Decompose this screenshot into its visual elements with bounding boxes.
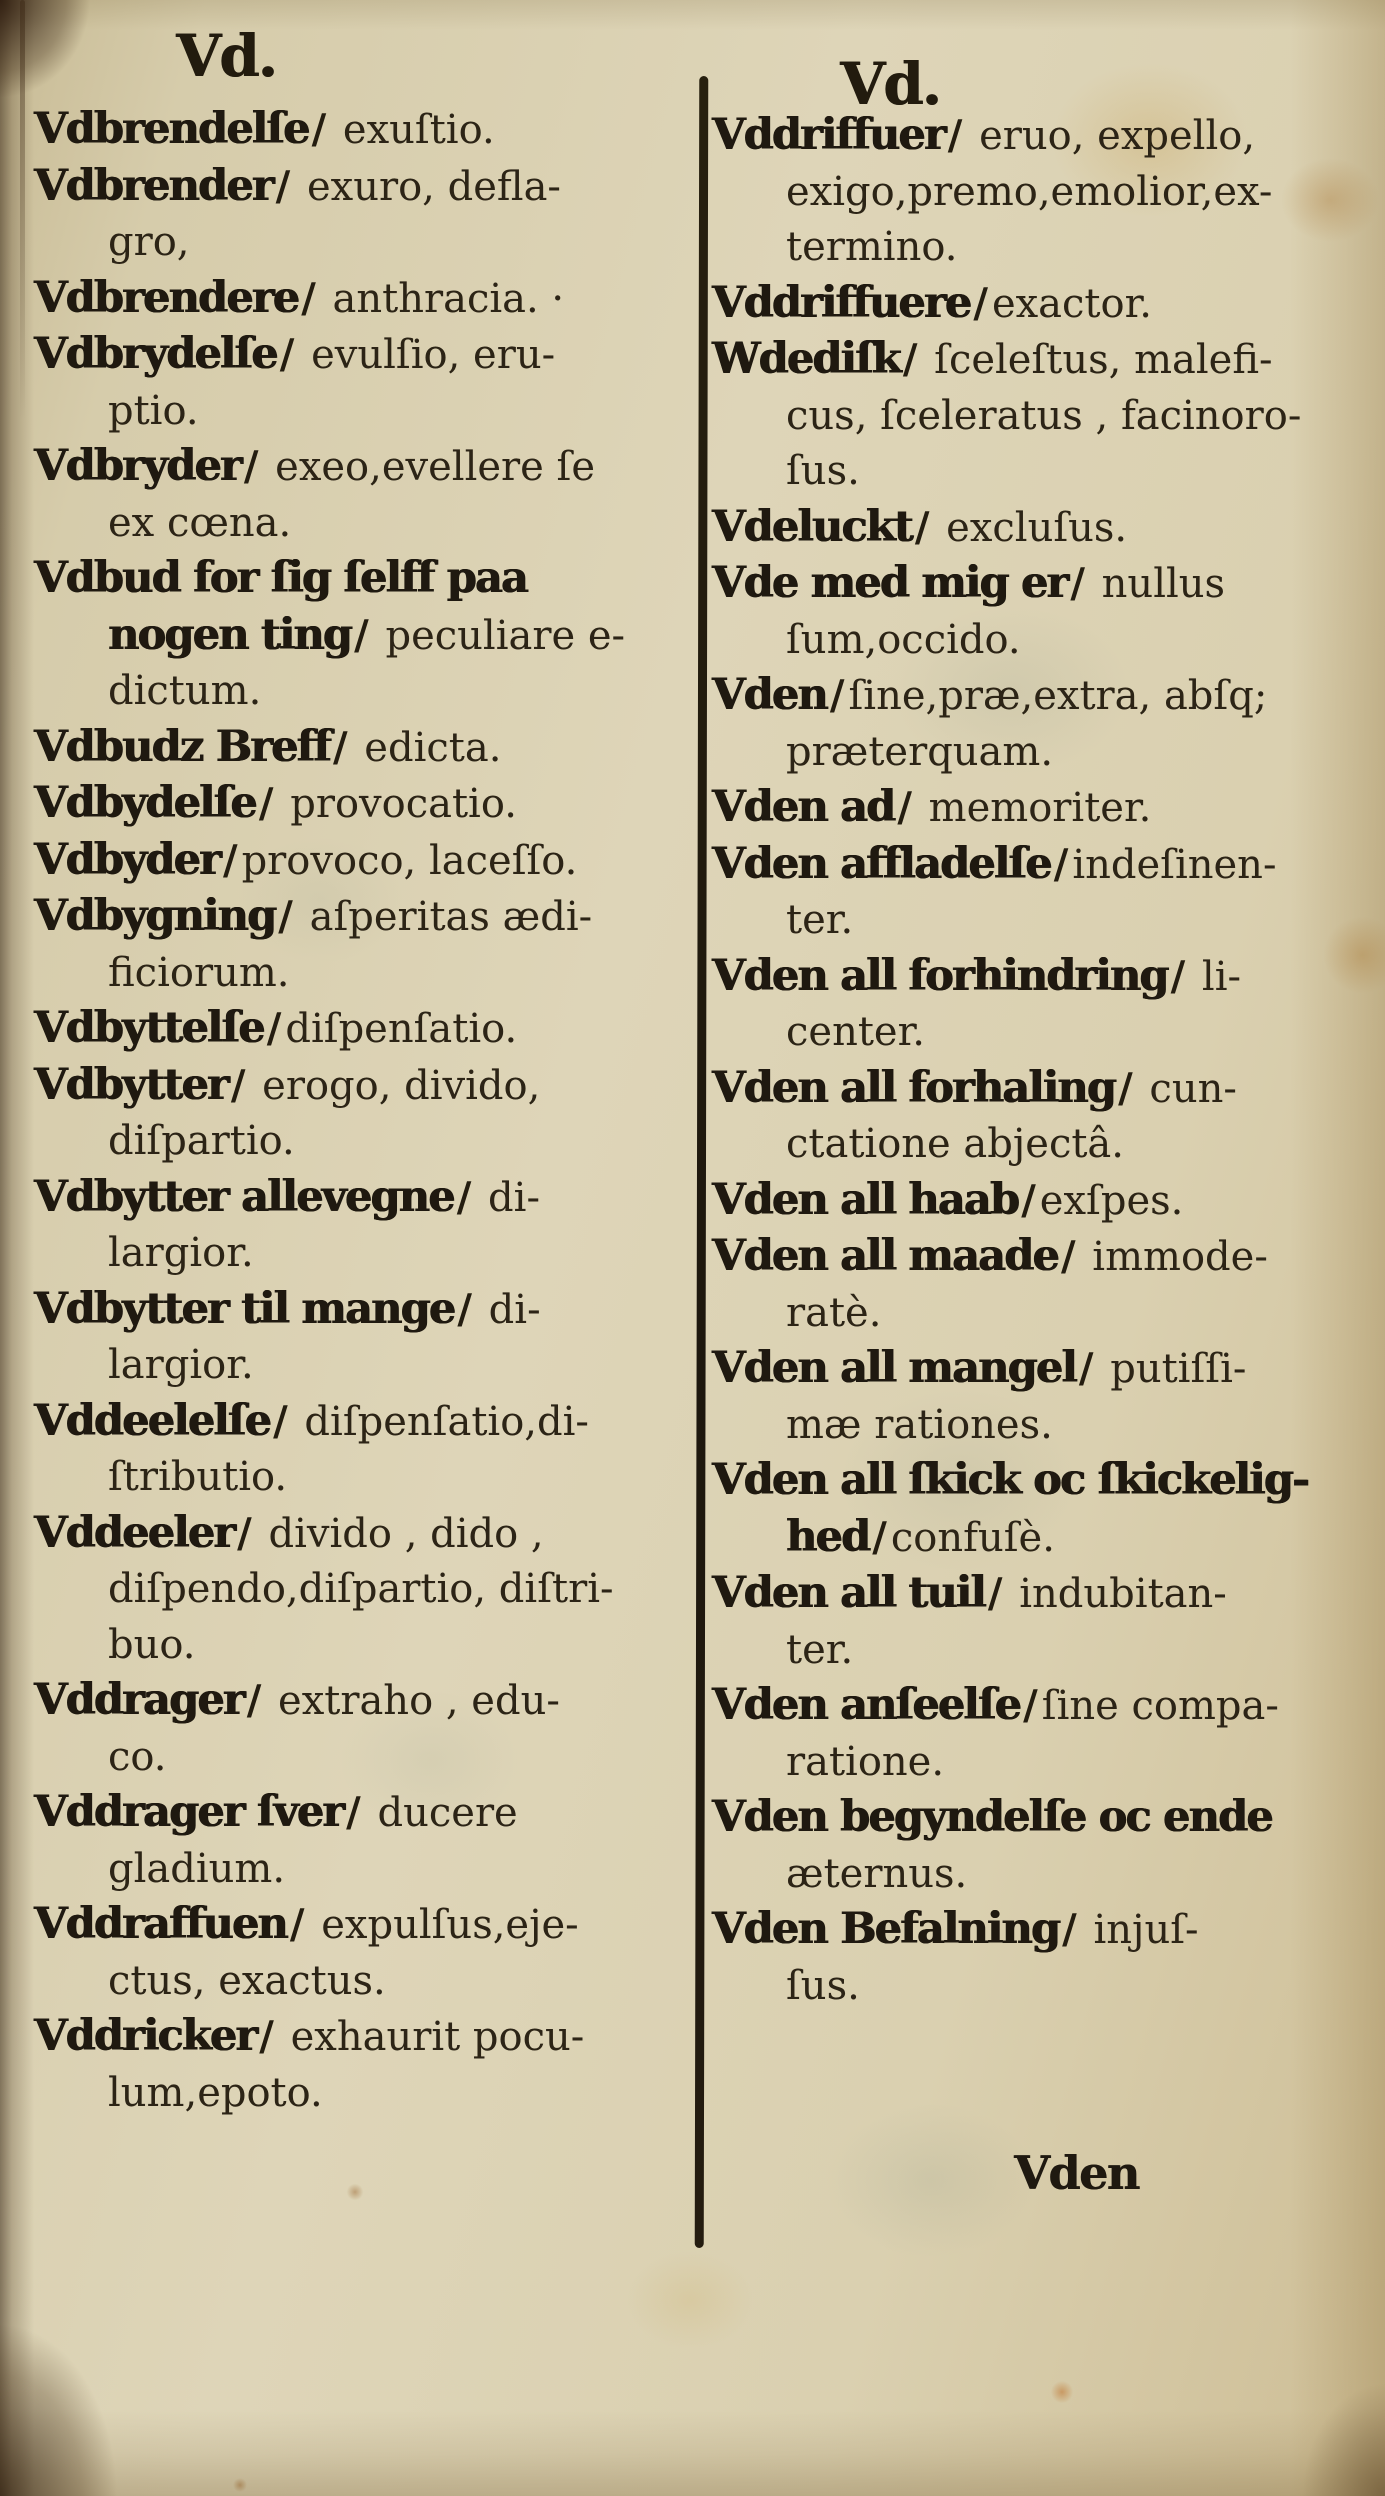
- dictionary-entry: Vddraffuen/ expulſus,eje- ctus, exactus.: [34, 1897, 694, 2009]
- latin-translation: edicta.: [352, 725, 502, 771]
- latin-translation: confuſè.: [891, 1515, 1055, 1561]
- column-header-left: Vd.: [176, 22, 276, 90]
- headword: Vden anſeelſe: [712, 1680, 1020, 1730]
- page-corner-shadow-bottom-left: [0, 2236, 160, 2496]
- latin-translation: excluſus.: [933, 505, 1127, 551]
- headword-separator: /: [264, 1005, 286, 1052]
- headword: Vden all mangel: [712, 1343, 1076, 1393]
- headword-separator: /: [454, 1286, 476, 1333]
- dictionary-entry: Vden ad/ memoriter.: [712, 780, 1372, 837]
- headword: Wdediſk: [712, 334, 900, 384]
- headword: Vden all maade: [712, 1231, 1058, 1281]
- dictionary-entry: Vden all maade/ immode- ratè.: [712, 1229, 1372, 1341]
- dictionary-entry: Vden affladelſe/indeſinen- ter.: [712, 837, 1372, 949]
- headword-separator: /: [1058, 1233, 1080, 1280]
- headword: Vden all forhindring: [712, 951, 1168, 1001]
- headword-separator: /: [270, 1398, 292, 1445]
- latin-translation: exactor.: [992, 281, 1152, 327]
- dictionary-entry: Wdediſk/ ſceleſtus, malefi- cus, ſcelera…: [712, 332, 1372, 500]
- headword-separator: /: [900, 336, 922, 383]
- headword-separator: /: [827, 672, 849, 719]
- headword-separator: /: [234, 1510, 256, 1557]
- latin-translation: provoco, laceſſo.: [242, 838, 578, 884]
- headword-separator: /: [256, 780, 278, 827]
- headword-separator: /: [275, 893, 297, 940]
- headword: Vdbryder: [34, 441, 241, 491]
- dictionary-entry: Vdbyder/provoco, laceſſo.: [34, 833, 694, 890]
- dictionary-entry: Vden all forhindring/ li- center.: [712, 949, 1372, 1061]
- headword: Vdbrydelſe: [34, 329, 277, 379]
- dictionary-entry: Vdbudz Breff/ edicta.: [34, 720, 694, 777]
- headword: Vden Befalning: [712, 1904, 1059, 1954]
- dictionary-column-left: Vdbrendelſe/ exuſtio.Vdbrender/ exuro, d…: [34, 102, 694, 2121]
- dictionary-entry: Vden begyndelſe oc ende æternus.: [712, 1790, 1372, 1902]
- headword: Vddriffuer: [712, 110, 945, 160]
- headword-separator: /: [241, 443, 263, 490]
- dictionary-entry: Vdbyttelſe/diſpenſatio.: [34, 1001, 694, 1058]
- headword-separator: /: [220, 837, 242, 884]
- dictionary-entry: Vdbytter til mange/ di- largior.: [34, 1282, 694, 1394]
- latin-translation: anthracia. ·: [320, 276, 564, 322]
- dictionary-entry: Vden/ſine,præ,extra, abſq; præterquam.: [712, 668, 1372, 780]
- headword: Vdbudz Breff: [34, 722, 330, 772]
- dictionary-entry: Vddriffuere/exactor.: [712, 276, 1372, 333]
- dictionary-entry: Vddrager ſver/ ducere gladium.: [34, 1785, 694, 1897]
- headword-separator: /: [1168, 953, 1190, 1000]
- headword-separator: /: [912, 504, 934, 551]
- dictionary-entry: Vddriffuer/ eruo, expello, exigo,premo,e…: [712, 108, 1372, 276]
- headword-separator: /: [1018, 1177, 1040, 1224]
- headword: Vddriffuere: [712, 278, 970, 328]
- dictionary-entry: Vddricker/ exhaurit pocu- lum,epoto.: [34, 2009, 694, 2121]
- headword-separator: /: [1051, 841, 1073, 888]
- headword: Vddricker: [34, 2011, 256, 2061]
- headword: Vden all tuil: [712, 1568, 985, 1618]
- headword: Vden all forhaling: [712, 1063, 1115, 1113]
- latin-translation: exſpes.: [1040, 1178, 1184, 1224]
- headword: Vdbrendelſe: [34, 104, 309, 154]
- headword: Vdbrender: [34, 161, 273, 211]
- headword-separator: /: [298, 275, 320, 322]
- dictionary-entry: Vden Befalning/ injuſ- ſus.: [712, 1902, 1372, 2014]
- dictionary-column-right: Vddriffuer/ eruo, expello, exigo,premo,e…: [712, 108, 1372, 2014]
- headword: Vdbytter til mange: [34, 1284, 454, 1334]
- headword: Vden affladelſe: [712, 839, 1051, 889]
- headword: Vddrager ſver: [34, 1787, 343, 1837]
- dictionary-entry: Vden all haab/exſpes.: [712, 1173, 1372, 1230]
- headword-separator: /: [309, 106, 331, 153]
- dictionary-entry: Vdeluckt/ excluſus.: [712, 500, 1372, 557]
- dictionary-entry: Vdbrendere/ anthracia. ·: [34, 271, 694, 328]
- dictionary-entry: Vden all tuil/ indubitan- ter.: [712, 1566, 1372, 1678]
- headword: Vdbygning: [34, 891, 275, 941]
- latin-translation: memoriter.: [916, 785, 1151, 831]
- dictionary-entry: Vdbud for ſig ſelff paa nogen ting/ pecu…: [34, 551, 694, 720]
- headword-separator: /: [970, 280, 992, 327]
- headword: Vdbyttelſe: [34, 1003, 264, 1053]
- headword: Vdeluckt: [712, 502, 912, 552]
- headword-separator: /: [454, 1174, 476, 1221]
- dictionary-entry: Vden all mangel/ putiſſi- mæ rationes.: [712, 1341, 1372, 1453]
- dictionary-entry: Vde med mig er/ nullus ſum,occido.: [712, 556, 1372, 668]
- headword-separator: /: [1059, 1906, 1081, 1953]
- headword: Vden ad: [712, 782, 894, 832]
- headword-separator: /: [287, 1901, 309, 1948]
- headword: Vdbyder: [34, 835, 220, 885]
- headword-separator: /: [244, 1677, 266, 1724]
- dictionary-entry: Vdbytter allevegne/ di- largior.: [34, 1170, 694, 1282]
- headword: Vdbrendere: [34, 273, 298, 323]
- dictionary-entry: Vdbytter/ erogo, divido, diſpartio.: [34, 1058, 694, 1170]
- headword: Vddeelelſe: [34, 1396, 270, 1446]
- dictionary-entry: Vdbryder/ exeo,evellere ſe ex cœna.: [34, 439, 694, 551]
- headword-separator: /: [343, 1789, 365, 1836]
- headword: Vdbytter allevegne: [34, 1172, 454, 1222]
- dictionary-entry: Vden all ſkick oc ſkickelig- hed/confuſè…: [712, 1453, 1372, 1566]
- headword-separator: /: [256, 2013, 278, 2060]
- headword-separator: /: [945, 112, 967, 159]
- latin-translation: ſine,præ,extra, abſq; præterquam.: [786, 673, 1267, 775]
- dictionary-entry: Vddrager/ extraho , edu- co.: [34, 1673, 694, 1785]
- headword: Vddrager: [34, 1675, 244, 1725]
- latin-translation: provocatio.: [278, 781, 517, 827]
- headword-separator: /: [1067, 560, 1089, 607]
- headword: Vddeeler: [34, 1508, 234, 1558]
- headword: Vdbydelſe: [34, 778, 256, 828]
- headword-separator: /: [1115, 1065, 1137, 1112]
- headword-separator: /: [1020, 1682, 1042, 1729]
- headword: Vden begyndelſe oc ende: [712, 1792, 1272, 1842]
- headword: Vddraffuen: [34, 1899, 287, 1949]
- dictionary-entry: Vdbrydelſe/ evulſio, eru- ptio.: [34, 327, 694, 439]
- headword: Vden all haab: [712, 1175, 1018, 1225]
- page-corner-shadow-bottom-right: [1265, 2326, 1385, 2496]
- headword-separator: /: [894, 784, 916, 831]
- headword-separator: /: [330, 724, 352, 771]
- gutter-shadow: [20, 0, 25, 420]
- dictionary-entry: Vddeelelſe/ diſpenſatio,di- ſtributio.: [34, 1394, 694, 1506]
- dictionary-entry: Vdbydelſe/ provocatio.: [34, 776, 694, 833]
- latin-translation: exuſtio.: [330, 107, 494, 153]
- dictionary-entry: Vden all forhaling/ cun- ctatione abject…: [712, 1061, 1372, 1173]
- headword-separator: /: [1076, 1345, 1098, 1392]
- headword-separator: /: [277, 331, 299, 378]
- latin-translation: diſpenſatio.: [285, 1006, 517, 1052]
- latin-translation: æternus.: [786, 1851, 967, 1897]
- headword-separator: /: [351, 612, 373, 659]
- headword: Vden: [712, 670, 827, 720]
- dictionary-entry: Vddeeler/ divido , dido , diſpendo,diſpa…: [34, 1506, 694, 1674]
- headword: Vdbytter: [34, 1060, 228, 1110]
- headword-separator: /: [228, 1062, 250, 1109]
- headword-separator: /: [273, 163, 295, 210]
- headword: Vde med mig er: [712, 558, 1067, 608]
- dictionary-entry: Vden anſeelſe/ſine compa- ratione.: [712, 1678, 1372, 1790]
- column-divider-rule: [695, 76, 709, 2248]
- catchword: Vden: [1014, 2146, 1139, 2200]
- headword-separator: /: [869, 1514, 891, 1561]
- headword-separator: /: [985, 1570, 1007, 1617]
- scanned-dictionary-page: Vd. Vd. Vdbrendelſe/ exuſtio.Vdbrender/ …: [0, 0, 1385, 2496]
- dictionary-entry: Vdbrender/ exuro, defla- gro,: [34, 159, 694, 271]
- dictionary-entry: Vdbygning/ aſperitas ædi- ficiorum.: [34, 889, 694, 1001]
- dictionary-entry: Vdbrendelſe/ exuſtio.: [34, 102, 694, 159]
